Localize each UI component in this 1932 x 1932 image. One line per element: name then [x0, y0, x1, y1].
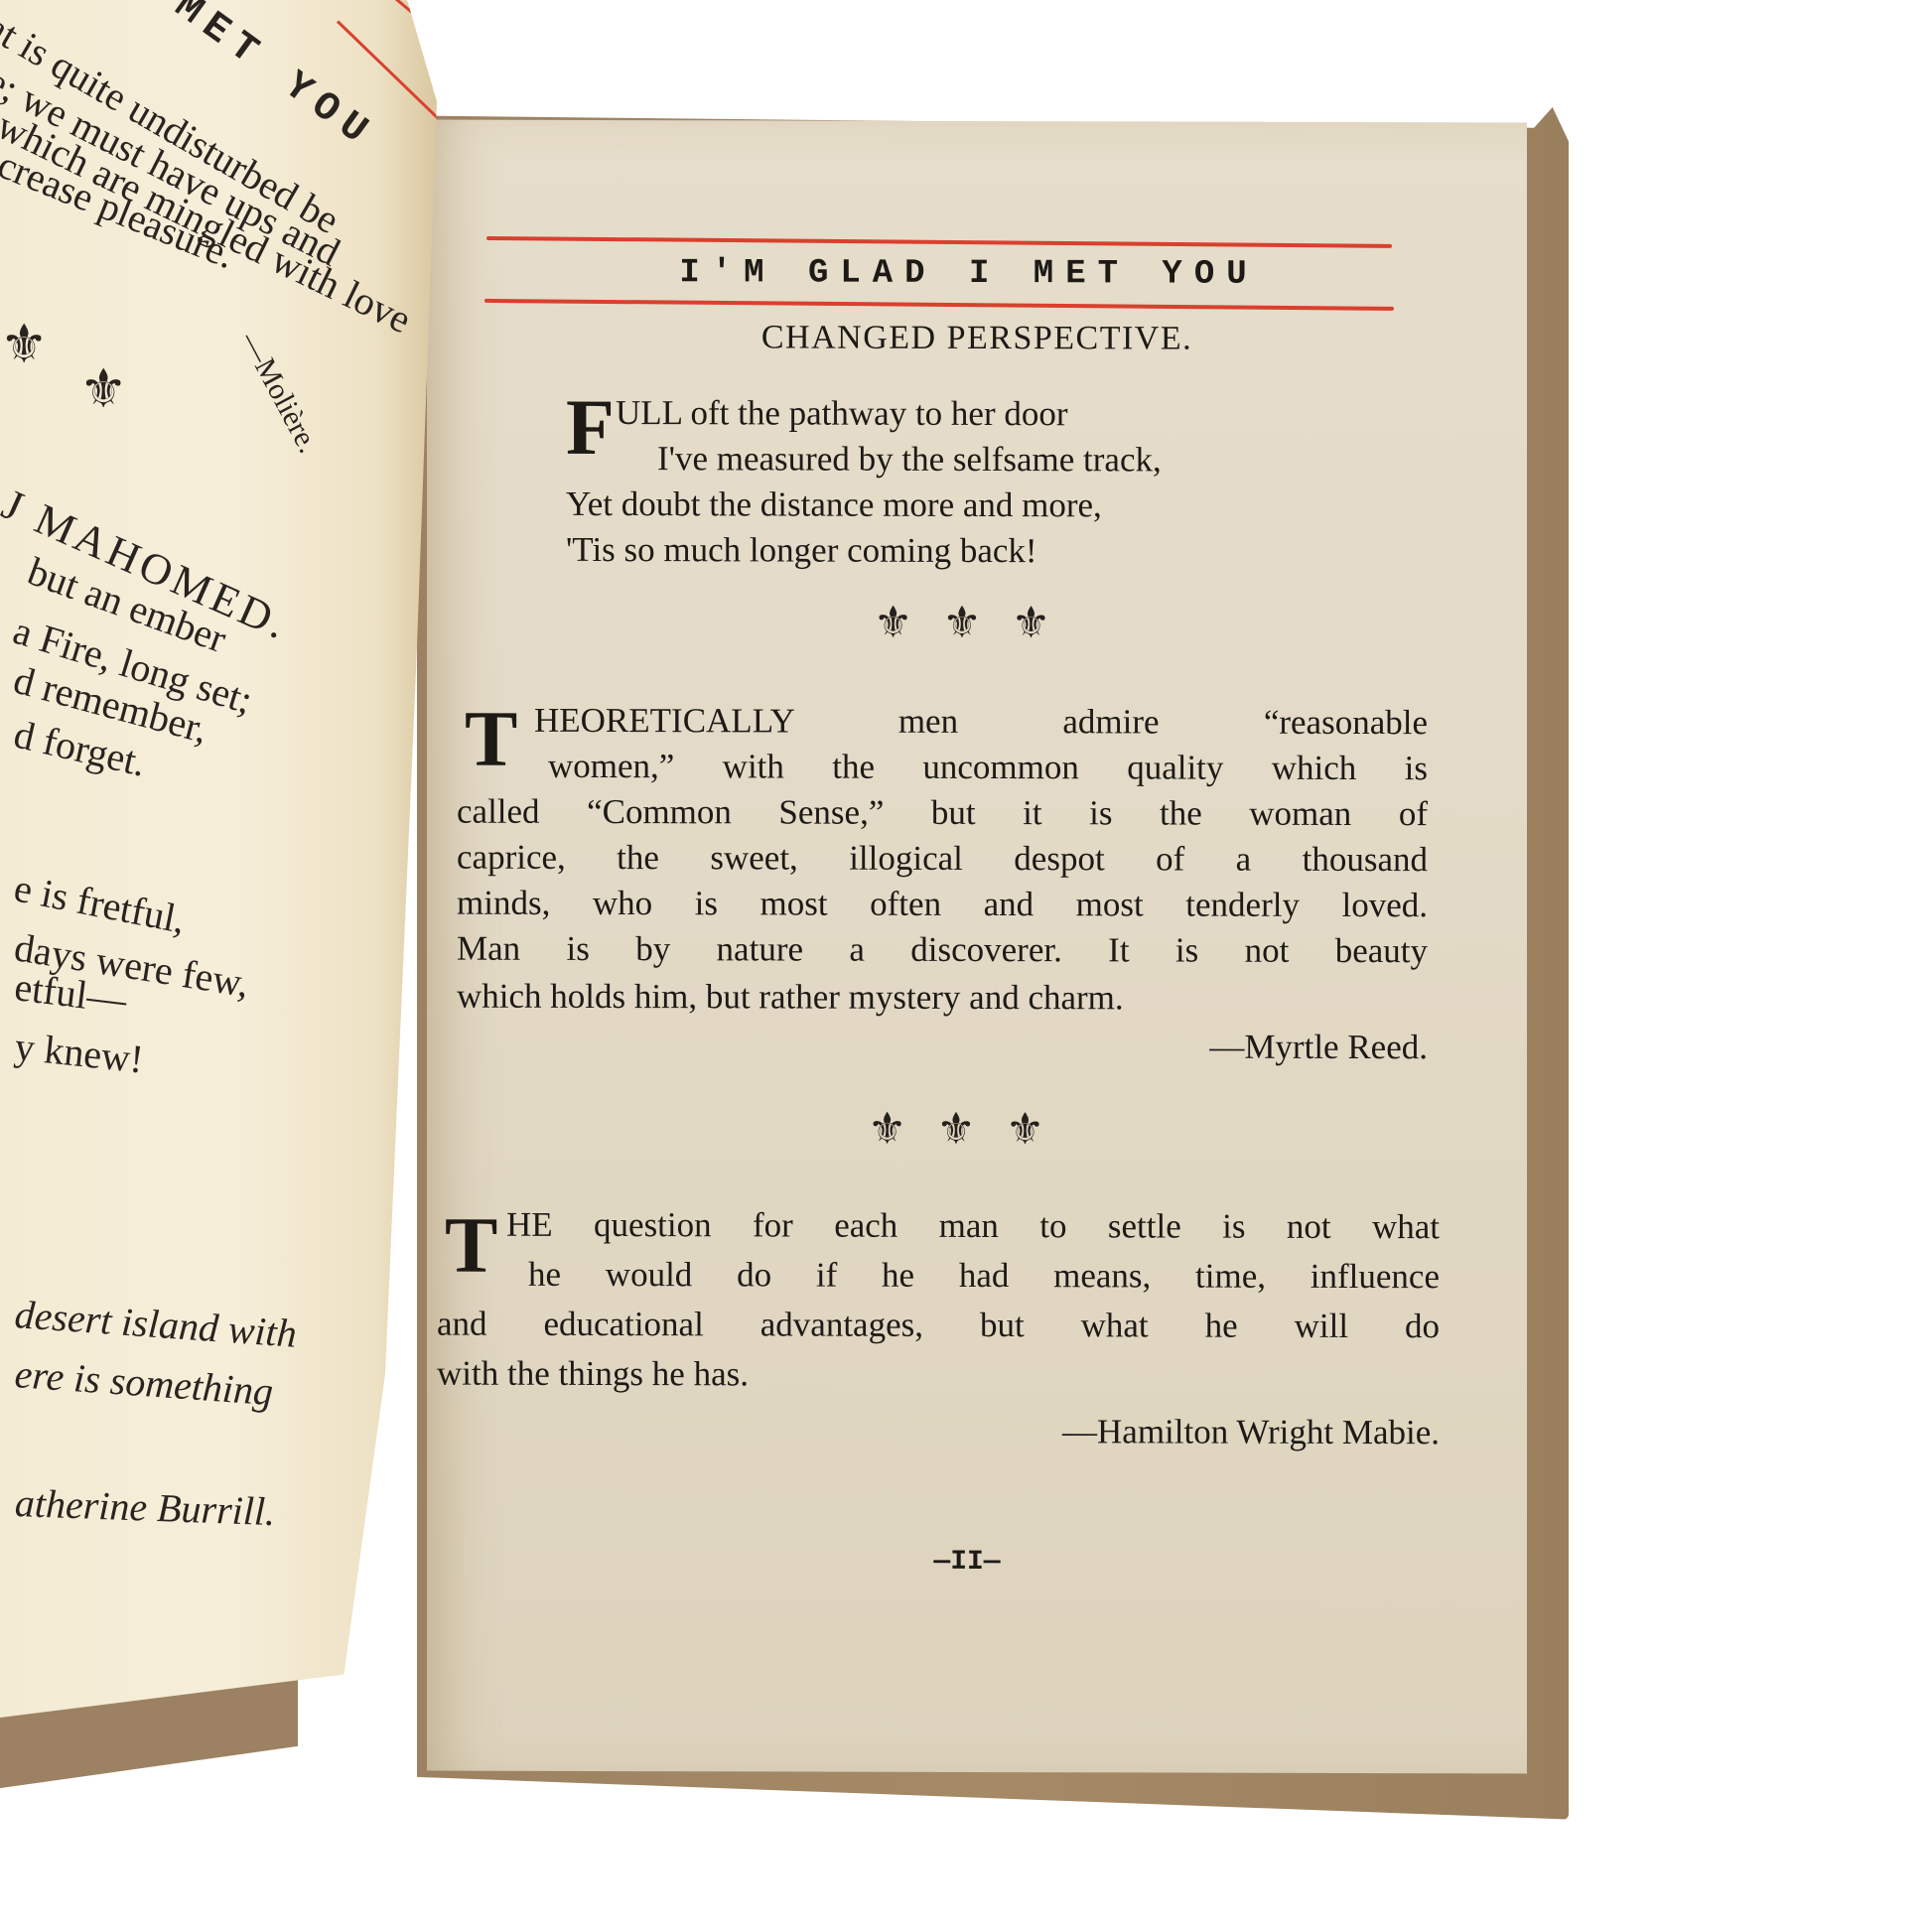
poem-line-4: 'Tis so much longer coming back!: [566, 527, 1320, 575]
dropcap-f: F: [566, 388, 615, 468]
left-attribution-burrill: atherine Burrill.: [14, 1479, 276, 1535]
fleur-de-lis-icon: ⚜: [79, 357, 127, 420]
attribution-hamilton-wright-mabie: —Hamilton Wright Mabie.: [437, 1411, 1440, 1453]
right-page: I'M GLAD I MET YOU CHANGED PERSPECTIVE. …: [427, 120, 1527, 1774]
attribution-myrtle-reed: —Myrtle Reed.: [457, 1026, 1428, 1068]
prose-line: minds, who is most often and most tender…: [457, 881, 1428, 929]
page-number: —II—: [417, 1546, 1517, 1580]
prose-line: caprice, the sweet, illogical despot of …: [457, 835, 1428, 884]
header-rule-bottom: [484, 299, 1394, 311]
left-poem-line: y knew!: [13, 1023, 146, 1082]
left-prose-line: ere is something: [13, 1350, 274, 1415]
prose-line: Man is by nature a discoverer. It is not…: [457, 926, 1428, 975]
prose-line: HEORETICALLY men admire “reasonable: [534, 698, 1428, 746]
section-title: CHANGED PERSPECTIVE.: [427, 319, 1527, 359]
dropcap-t: T: [445, 1206, 497, 1286]
header-rule-top: [486, 236, 1392, 248]
left-header-rule-top: [386, 0, 437, 261]
left-page: MET YOU at is quite undisturbed be e; we…: [0, 0, 437, 1727]
poem-block: F ULL oft the pathway to her door I've m…: [566, 390, 1320, 575]
prose-line: women,” with the uncommon quality which …: [548, 744, 1428, 791]
prose-line: with the things he has.: [437, 1351, 1440, 1400]
fleuron-ornament-1: ⚜⚜⚜: [427, 597, 1527, 650]
left-attribution-moliere: —Molière.: [233, 327, 325, 459]
prose-line: HE question for each man to settle is no…: [506, 1202, 1440, 1250]
fleuron-ornament-2: ⚜⚜⚜: [421, 1103, 1521, 1157]
poem-line-1: ULL oft the pathway to her door: [566, 390, 1320, 438]
running-head: I'M GLAD I MET YOU: [419, 254, 1519, 295]
fleur-de-lis-icon: ⚜: [0, 313, 48, 375]
poem-line-2: I've measured by the selfsame track,: [566, 436, 1320, 483]
left-prose-line: desert island with: [13, 1291, 298, 1357]
prose-line: he would do if he had means, time, influ…: [528, 1252, 1440, 1300]
prose-block-mabie: T HE question for each man to settle is …: [437, 1202, 1440, 1453]
prose-line: and educational advantages, but what he …: [437, 1302, 1440, 1350]
dropcap-t: T: [465, 700, 517, 779]
prose-line: which holds him, but rather mystery and …: [457, 974, 1428, 1023]
prose-block-reed: T HEORETICALLY men admire “reasonable wo…: [457, 698, 1428, 1068]
prose-line: called “Common Sense,” but it is the wom…: [457, 789, 1428, 838]
poem-line-3: Yet doubt the distance more and more,: [566, 482, 1320, 529]
